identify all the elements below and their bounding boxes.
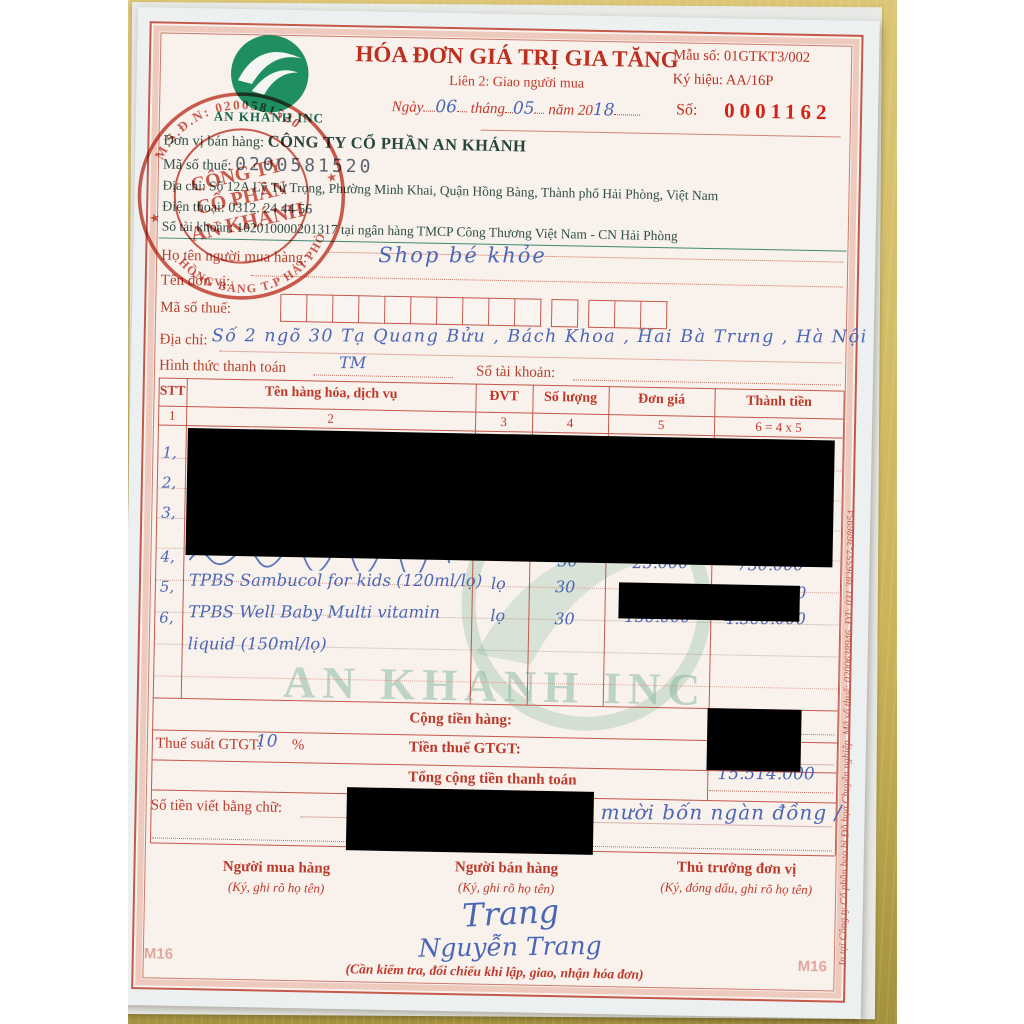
colnum-qty: 4 <box>532 415 608 432</box>
header-amount: Thành tiền <box>714 393 843 411</box>
wooden-table-background: AN KHANH INC AN KHANH INC HÓA ĐƠN GIÁ TR… <box>128 0 897 1024</box>
row5-unit: lọ <box>491 574 506 593</box>
row-number-4: 4, <box>160 548 174 566</box>
invoice-number-label: Số: <box>676 101 698 119</box>
row-number-3: 3, <box>161 504 175 522</box>
form-label: Mẫu số: <box>673 47 720 64</box>
buyer-address-handwritten: Số 2 ngõ 30 Tạ Quang Bửu , Bách Khoa , H… <box>212 326 868 347</box>
date-month-handwritten: 05 <box>513 98 535 118</box>
form-code-left: M16 <box>144 945 174 963</box>
vat-amount-label: Tiền thuế GTGT: <box>409 739 521 758</box>
vat-rate-handwritten: 10 <box>256 732 278 752</box>
buyer-address-label: Địa chỉ: <box>159 331 207 349</box>
row-number-6: 6, <box>159 609 173 627</box>
screenshot: AN KHANH INC AN KHANH INC HÓA ĐƠN GIÁ TR… <box>0 0 1024 1024</box>
redaction-box-amount-words <box>346 787 594 855</box>
stamp-star-left: ★ <box>148 210 162 226</box>
row-number-5: 5, <box>160 578 174 596</box>
date-day-handwritten: 06 <box>435 97 457 117</box>
colnum-stt: 1 <box>158 407 186 424</box>
in-words-label: Số tiền viết bằng chữ: <box>151 797 283 817</box>
row-number-2: 2, <box>162 474 176 492</box>
invoice-number: 0001162 <box>724 98 832 125</box>
date-year-handwritten: 18 <box>593 100 615 120</box>
row6-name-line1: TPBS Well Baby Multi vitamin <box>188 602 440 621</box>
total-label: Tổng cộng tiền thanh toán <box>408 769 577 789</box>
form-number-line: Mẫu số: 01GTKT3/002 <box>673 47 810 67</box>
serial-line: Ký hiệu: AA/16P <box>673 71 774 90</box>
in-words-handwritten: mười bốn ngàn đồng / <box>601 800 843 824</box>
invoice-sheet: AN KHANH INC AN KHANH INC HÓA ĐƠN GIÁ TR… <box>128 7 880 1019</box>
colnum-amount: 6 = 4 x 5 <box>714 418 843 436</box>
date-month-label: tháng <box>471 101 505 118</box>
payment-method-label: Hình thức thanh toán <box>159 357 286 376</box>
buyer-name-handwritten: Shop bé khỏe <box>378 243 547 267</box>
form-value: 01GTKT3/002 <box>724 48 810 66</box>
redaction-box-prices <box>618 582 800 621</box>
serial-value: AA/16P <box>726 72 774 89</box>
seller-signed-name: Nguyễn Trang <box>410 931 610 963</box>
row-number-1: 1, <box>162 444 176 462</box>
seller-signature: Trang <box>440 891 582 936</box>
form-code-right: M16 <box>798 958 828 976</box>
row6-name-line2: liquid (150ml/lọ) <box>188 634 327 653</box>
stamp-star-right: ★ <box>325 169 339 185</box>
serial-label: Ký hiệu: <box>673 71 724 88</box>
colnum-unit: 3 <box>475 414 532 431</box>
redaction-box-rows1-4 <box>185 428 834 567</box>
redaction-box-subtotal-vat <box>706 708 801 772</box>
row5-name: TPBS Sambucol for kids (120ml/lọ) <box>189 571 482 591</box>
row6-qty: 30 <box>554 609 574 628</box>
payment-method-handwritten: TM <box>339 353 366 372</box>
header-price: Đơn giá <box>608 391 714 409</box>
header-stt: STT <box>158 382 186 399</box>
date-year-label: năm 20 <box>548 102 593 119</box>
buyer-account-label: Số tài khoản: <box>476 364 555 383</box>
row6-unit: lọ <box>490 606 505 625</box>
date-prefix: Ngày <box>392 99 424 116</box>
row5-qty: 30 <box>555 577 575 596</box>
vat-rate-label: Thuế suất GTGT: <box>156 735 262 754</box>
percent-sign: % <box>292 737 305 754</box>
header-qty: Số lượng <box>532 390 608 407</box>
colnum-price: 5 <box>608 416 714 434</box>
subtotal-label: Cộng tiền hàng: <box>409 710 512 729</box>
header-unit: ĐVT <box>475 389 532 406</box>
